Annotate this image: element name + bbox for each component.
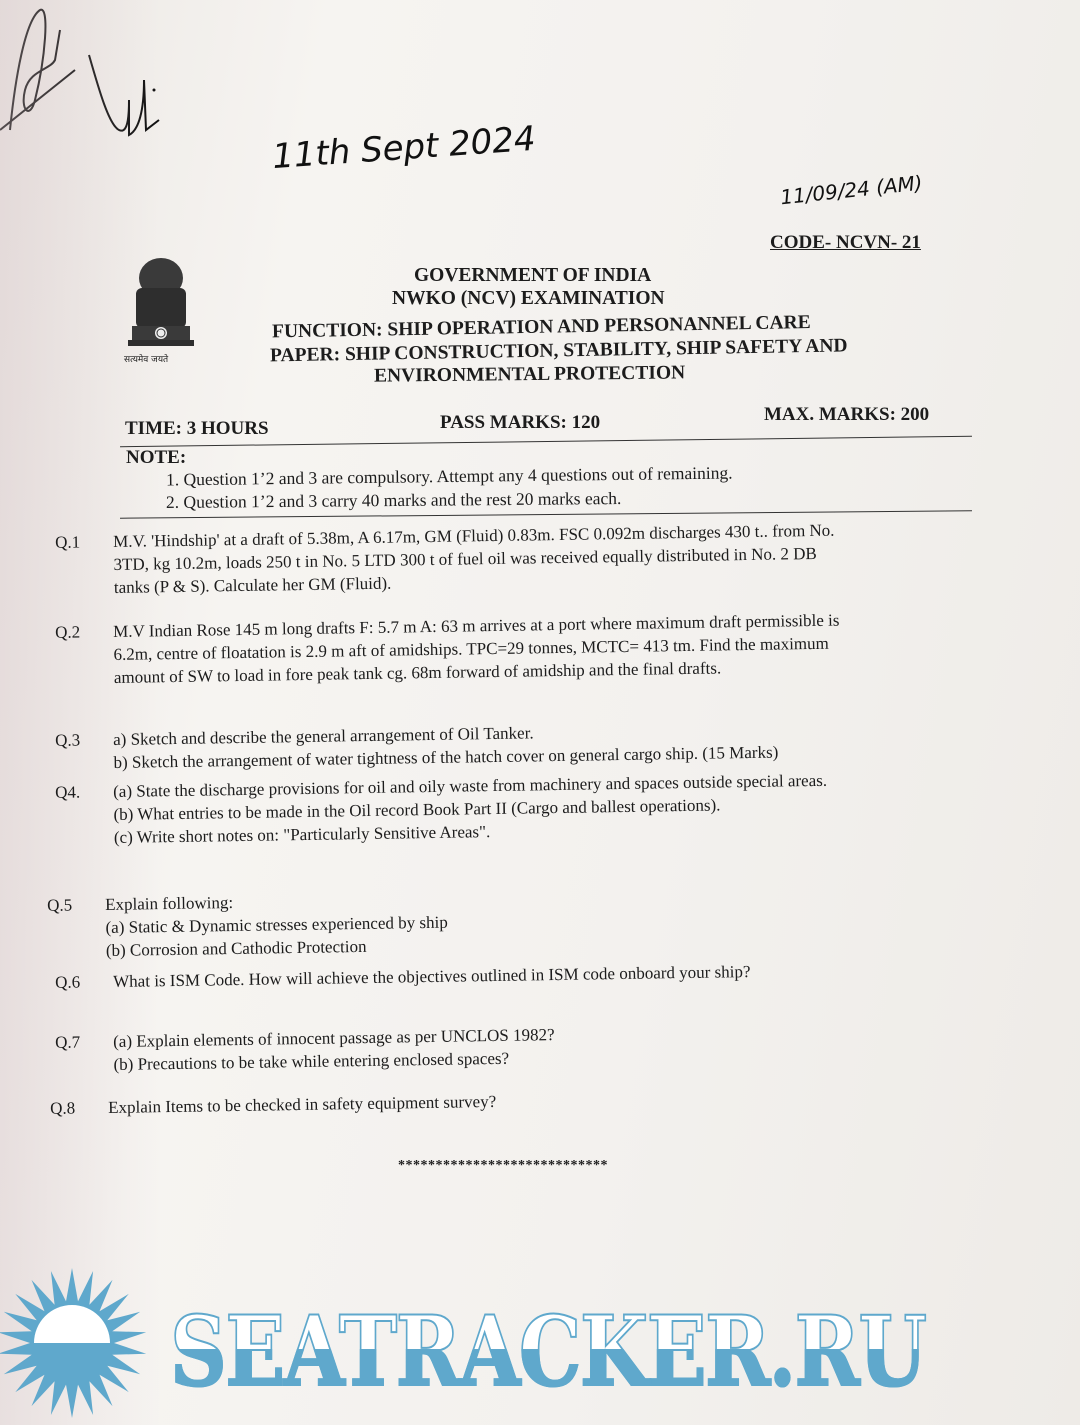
watermark-text: SEATRACKER.RU (170, 1295, 925, 1408)
question-1: Q.1M.V. 'Hindship' at a draft of 5.38m, … (113, 519, 835, 599)
handwritten-date-left: 11th Sept 2024 (271, 119, 537, 177)
question-number: Q.6 (55, 971, 80, 994)
note-item: 2. Question 1’2 and 3 carry 40 marks and… (166, 488, 622, 513)
time-allowed: TIME: 3 HOURS (125, 418, 269, 440)
max-marks: MAX. MARKS: 200 (764, 404, 929, 426)
paper-stain (0, 0, 160, 1425)
note-title: NOTE: (126, 447, 186, 469)
paper-code: CODE- NCVN- 21 (770, 232, 921, 254)
emblem-motto: सत्यमेव जयते (124, 352, 168, 365)
question-2: Q.2M.V Indian Rose 145 m long drafts F: … (113, 609, 840, 689)
question-8: Q.8Explain Items to be checked in safety… (108, 1090, 496, 1119)
question-line: Explain Items to be checked in safety eq… (108, 1090, 496, 1119)
question-7: Q.7(a) Explain elements of innocent pass… (113, 1023, 555, 1076)
question-number: Q.8 (50, 1097, 75, 1120)
question-number: Q.5 (47, 894, 72, 917)
question-4: Q4.(a) State the discharge provisions fo… (113, 769, 828, 849)
end-marker: **************************** (398, 1158, 608, 1174)
handwritten-date-right: 11/09/24 (AM) (779, 171, 923, 210)
question-line: What is ISM Code. How will achieve the o… (113, 960, 751, 993)
question-number: Q.1 (55, 531, 80, 554)
question-6: Q.6What is ISM Code. How will achieve th… (113, 960, 751, 993)
question-line: (b) Corrosion and Cathodic Protection (106, 934, 449, 962)
question-number: Q.3 (55, 729, 80, 752)
note-item: 1. Question 1’2 and 3 are compulsory. At… (166, 463, 733, 491)
header-line-government: GOVERNMENT OF INDIA (414, 265, 1080, 287)
question-3: Q.3a) Sketch and describe the general ar… (113, 718, 778, 774)
national-emblem-icon (118, 248, 204, 363)
question-number: Q.7 (55, 1031, 80, 1054)
header-line-exam: NWKO (NCV) EXAMINATION (392, 288, 1080, 310)
question-5: Q.5Explain following:(a) Static & Dynami… (105, 888, 448, 962)
question-number: Q4. (55, 781, 80, 804)
question-number: Q.2 (55, 621, 80, 644)
pass-marks: PASS MARKS: 120 (440, 412, 600, 434)
